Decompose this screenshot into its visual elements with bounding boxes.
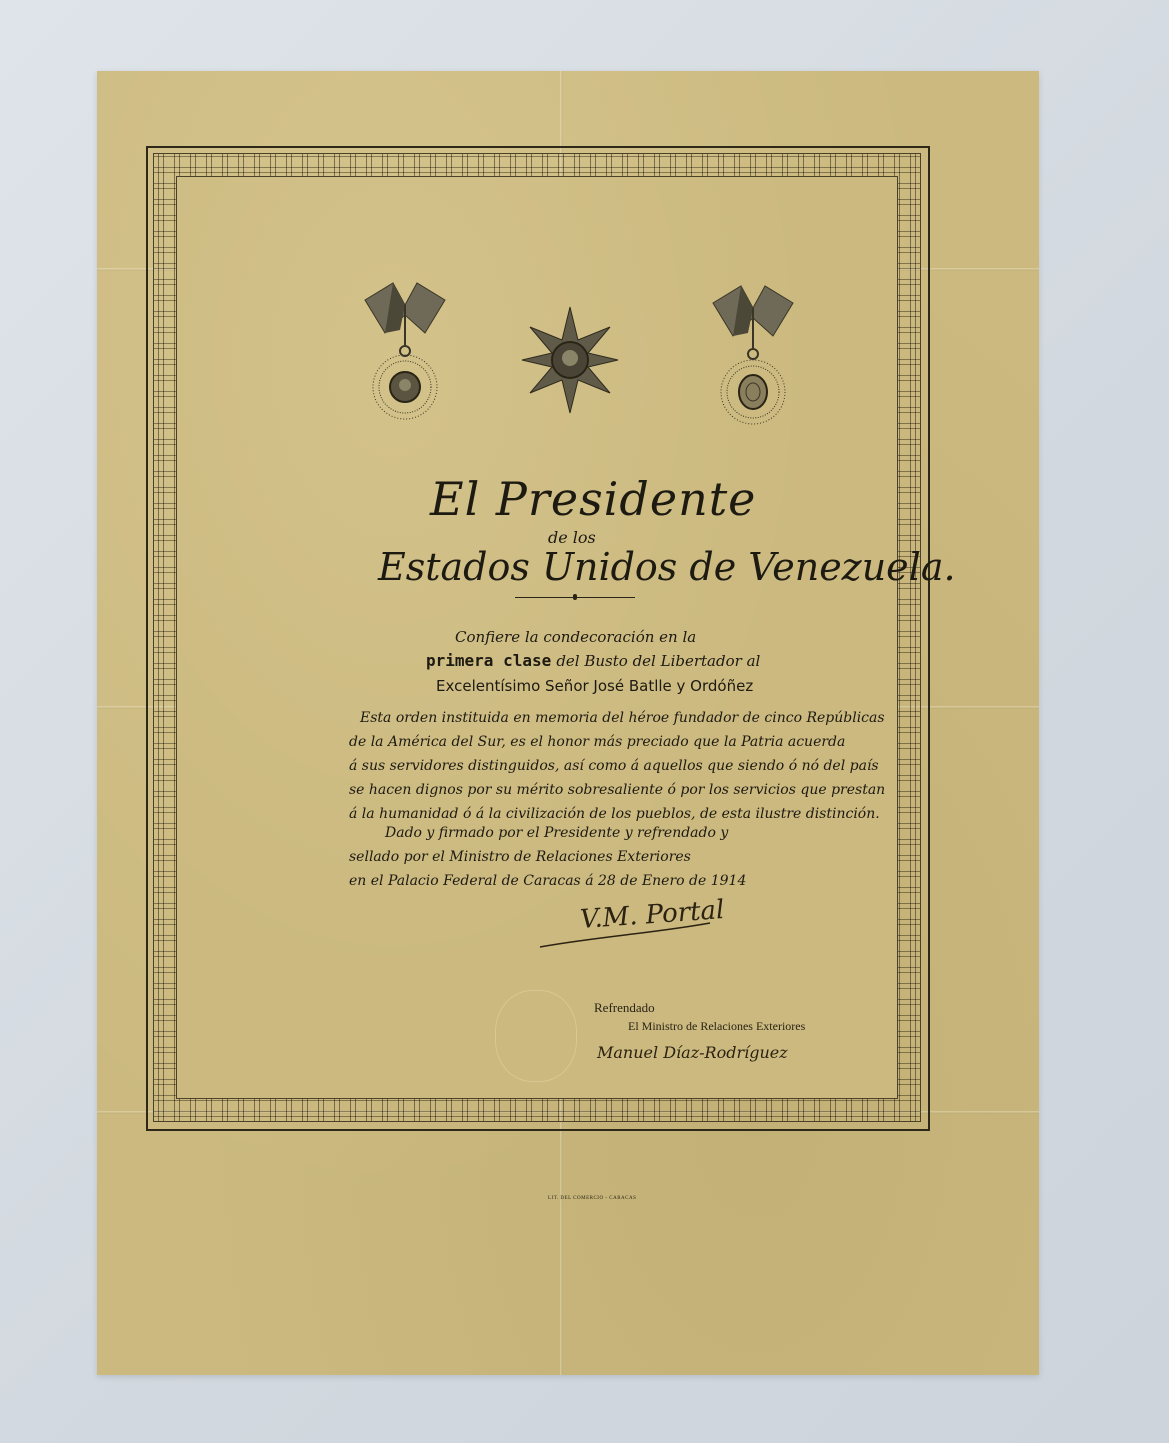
conferral-line: Confiere la condecoración en la [455,628,696,646]
paragraph-line-1: Esta orden instituida en memoria del hér… [360,710,885,726]
printer-mark: LIT. DEL COMERCIO - CARACAS [548,1196,636,1201]
certificate-content: El Presidente de los Estados Unidos de V… [0,0,1169,1443]
paragraph-line-4: se hacen dignos por su mérito sobresalie… [349,782,885,798]
medal-right-icon [703,278,803,438]
recipient-name: Excelentísimo Señor José Batlle y Ordóñe… [436,677,753,695]
class-line: primera clase del Busto del Libertador a… [426,651,760,670]
medal-left-icon [355,275,455,435]
title-estados-unidos: Estados Unidos de Venezuela. [378,545,956,589]
closing-line-2: sellado por el Ministro de Relaciones Ex… [349,849,691,865]
divider-ornament [573,594,577,600]
minister-signature: Manuel Díaz-Rodríguez [597,1043,788,1062]
paragraph-line-3: á sus servidores distinguidos, así como … [349,758,879,774]
paragraph-line-5: á la humanidad ó á la civilización de lo… [349,806,880,822]
signature-flourish-icon [535,915,715,955]
embossed-seal [495,990,577,1082]
class-bold: primera clase [426,651,551,670]
title-el-presidente: El Presidente [430,472,756,526]
minister-title: El Ministro de Relaciones Exteriores [628,1019,805,1034]
medal-center-star-icon [520,305,620,415]
countersign-label: Refrendado [594,1000,655,1016]
closing-line-3: en el Palacio Federal de Caracas á 28 de… [349,873,746,889]
paragraph-line-2: de la América del Sur, es el honor más p… [349,734,845,750]
class-rest: del Busto del Libertador al [556,652,760,670]
closing-line-1: Dado y firmado por el Presidente y refre… [385,825,728,841]
